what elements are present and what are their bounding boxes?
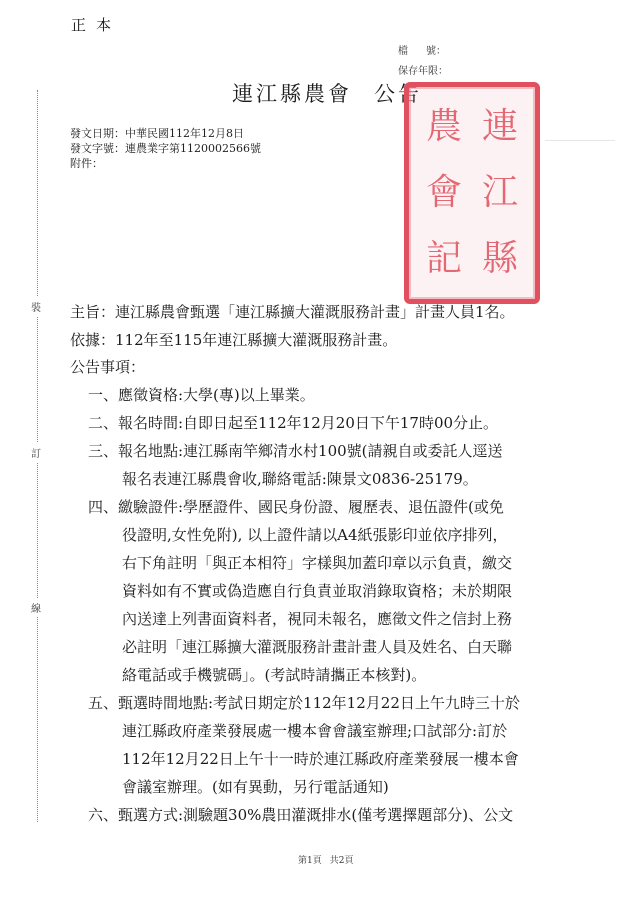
seal-char: 記: [417, 227, 471, 291]
notice-item-4-cont: 右下角註明「與正本相符」字樣與加蓋印章以示負責，繳交: [122, 549, 512, 577]
notice-item-4-cont: 內送達上列書面資料者，視同未報名，應徵文件之信封上務: [122, 605, 512, 633]
notice-item-4-cont: 必註明「連江縣擴大灌溉服務計畫計畫人員及姓名、白天聯: [122, 633, 512, 661]
page-number: 第1頁共2頁: [298, 853, 353, 866]
notice-item-5-cont: 連江縣政府產業發展處一樓本會會議室辦理;口試部分:訂於: [122, 717, 507, 745]
notice-item-5: 五、甄選時間地點:考試日期定於112年12月22日上午九時三十於: [88, 689, 520, 717]
file-number-label: 檔號：: [398, 42, 446, 57]
file-number-label-part1: 檔: [398, 46, 408, 57]
attachments: 附件：: [70, 156, 103, 171]
binding-mark-ding: 訂: [31, 443, 41, 462]
file-number-label-part2: 號：: [426, 46, 446, 57]
seal-char: 會: [417, 161, 471, 225]
notice-item-5-cont: 會議室辦理。(如有異動，另行電話通知): [122, 773, 389, 801]
binding-mark-xian: 線: [31, 598, 41, 617]
notice-item-3-cont: 報名表連江縣農會收,聯絡電話:陳景文0836-25179。: [122, 465, 478, 493]
binding-mark-zhuang: 裝: [31, 297, 41, 316]
notice-item-3: 三、報名地點:連江縣南竿鄉清水村100號(請親自或委託人逕送: [88, 437, 503, 465]
notice-item-4-cont: 役證明,女性免附), 以上證件請以A4紙張影印並依序排列，: [122, 521, 508, 549]
notice-item-4-cont: 絡電話或手機號碼」。(考試時請攜正本核對)。: [122, 661, 426, 689]
org-name: 連江縣農會: [232, 82, 352, 106]
issue-date: 發文日期：中華民國112年12月8日: [70, 126, 244, 141]
seal-char: 連: [473, 95, 527, 159]
page-total: 共2頁: [330, 856, 354, 866]
seal-char: 農: [417, 95, 471, 159]
seal-char: 江: [473, 161, 527, 225]
document-title: 連江縣農會公告: [232, 78, 422, 108]
official-seal-stamp: 農 會 記 連 江 縣: [404, 82, 540, 304]
subject-line: 主旨：連江縣農會甄選「連江縣擴大灌溉服務計畫」計畫人員1名。: [70, 298, 515, 326]
scan-artifact-line: [545, 140, 615, 141]
notice-item-5-cont: 112年12月22日上午十一時於連江縣政府產業發展一樓本會: [122, 745, 519, 773]
issue-number: 發文字號：連農業字第1120002566號: [70, 141, 261, 156]
notice-item-4-cont: 資料如有不實或偽造應自行負責並取消錄取資格；未於期限: [122, 577, 512, 605]
seal-char: 縣: [473, 227, 527, 291]
retention-period-label: 保存年限：: [398, 62, 448, 77]
notice-item-1: 一、應徵資格:大學(專)以上畢業。: [88, 381, 315, 409]
notice-heading: 公告事項：: [70, 353, 145, 381]
notice-item-4: 四、繳驗證件:學歷證件、國民身份證、履歷表、退伍證件(或免: [88, 493, 504, 521]
notice-item-2: 二、報名時間:自即日起至112年12月20日下午17時00分止。: [88, 409, 498, 437]
notice-item-6: 六、甄選方式:測驗題30%農田灌溉排水(僅考選擇題部分)、公文: [88, 801, 513, 829]
copy-mark: 正本: [71, 14, 121, 35]
basis-line: 依據：112年至115年連江縣擴大灌溉服務計畫。: [70, 326, 397, 354]
page-current: 第1頁: [298, 856, 322, 866]
